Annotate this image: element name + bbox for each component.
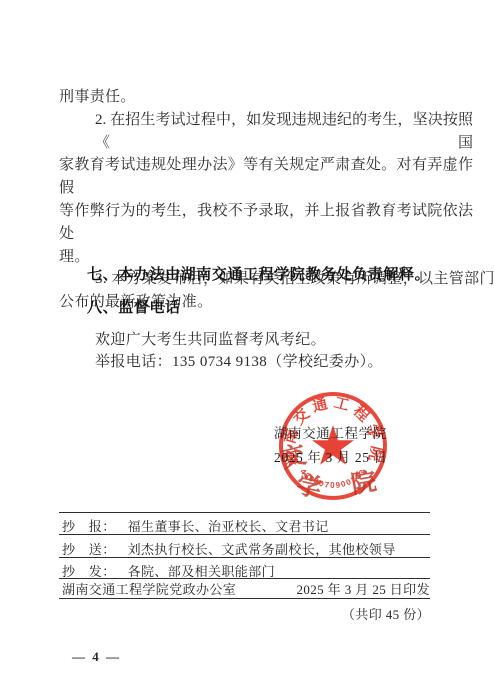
copy-issue-row: 抄 发：各院、部及相关职能部门 — [62, 561, 275, 580]
footer-rule — [59, 598, 430, 599]
supervision-line: 欢迎广大考生共同监督考风考纪。 — [95, 328, 326, 349]
copy-issue-label: 抄 发： — [62, 564, 116, 579]
copy-send-content: 刘杰执行校长、文武常务副校长，其他校领导 — [128, 542, 396, 557]
page-number: — 4 — — [72, 649, 121, 665]
copy-send-label: 抄 送： — [62, 542, 116, 557]
print-copies: （共印 45 份） — [342, 604, 430, 623]
copy-report-content: 福生董事长、治亚校长、文君书记 — [128, 519, 329, 534]
footer-rule — [59, 512, 430, 513]
copy-issue-content: 各院、部及相关职能部门 — [128, 564, 275, 579]
section-heading-eight: 八、监督电话 — [87, 296, 181, 317]
body-line: 刑事责任。 — [59, 86, 473, 109]
section-heading-seven: 七、本办法由湖南交通工程学院教务处负责解释。 — [87, 263, 430, 284]
report-phone-line: 举报电话：135 0734 9138（学校纪委办）。 — [95, 350, 383, 371]
signature-org: 湖南交通工程学院 — [274, 422, 387, 442]
body-line: 2. 在招生考试过程中，如发现违规违纪的考生，坚决按照《国 — [59, 109, 473, 155]
body-line: 等作弊行为的考生，我校不予录取，并上报省教育考试院依法处 — [59, 200, 473, 246]
issuing-office: 湖南交通工程学院党政办公室 — [62, 579, 236, 598]
document-page: 刑事责任。 2. 在招生考试过程中，如发现违规违纪的考生，坚决按照《国 家教育考… — [0, 0, 494, 695]
copy-send-row: 抄 送：刘杰执行校长、文武常务副校长，其他校领导 — [62, 539, 396, 558]
copy-report-label: 抄 报： — [62, 519, 116, 534]
body-line: 家教育考试违规处理办法》等有关规定严肃查处。对有弄虚作假 — [59, 154, 473, 200]
print-date: 2025 年 3 月 25 日印发 — [296, 579, 430, 598]
signature-date: 2025 年 3 月 25 日 — [274, 446, 388, 466]
copy-report-row: 抄 报：福生董事长、治亚校长、文君书记 — [62, 516, 329, 535]
